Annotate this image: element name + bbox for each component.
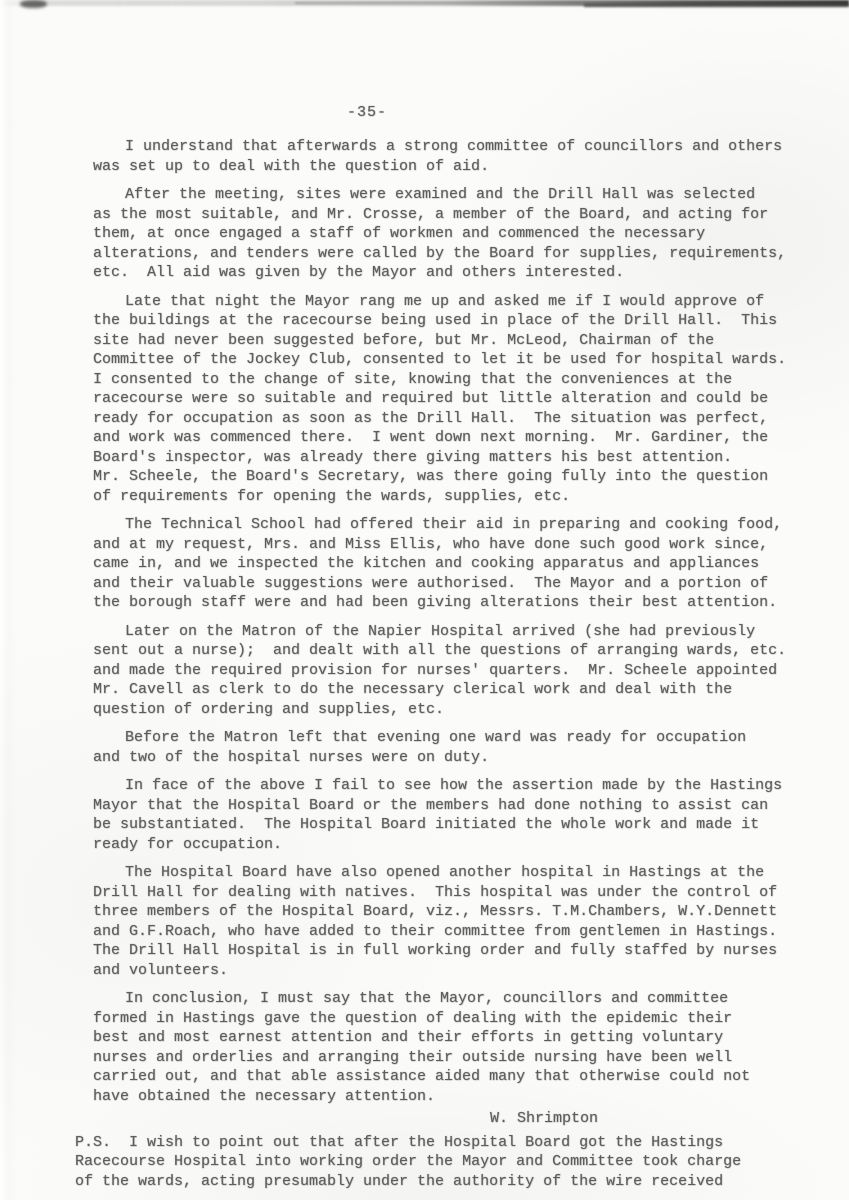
text-line: In face of the above I fail to see how t…: [93, 776, 803, 796]
text-line: and G.F.Roach, who have added to their c…: [93, 922, 803, 942]
text-line: of requirements for opening the wards, s…: [93, 487, 803, 507]
document-body: I understand that afterwards a strong co…: [93, 137, 803, 1191]
text-line: The Drill Hall Hospital is in full worki…: [93, 941, 803, 961]
paragraph: In conclusion, I must say that the Mayor…: [93, 989, 803, 1106]
text-line: nurses and orderlies and arranging their…: [93, 1048, 803, 1068]
paragraph: In face of the above I fail to see how t…: [93, 776, 803, 854]
text-line: After the meeting, sites were examined a…: [93, 185, 803, 205]
text-line: three members of the Hospital Board, viz…: [93, 902, 803, 922]
paragraph: The Technical School had offered their a…: [93, 515, 803, 613]
text-line: Racecourse Hospital into working order t…: [75, 1152, 803, 1172]
text-line: carried out, and that able assistance ai…: [93, 1067, 803, 1087]
text-line: be substantiated. The Hospital Board ini…: [93, 815, 803, 835]
paragraph: Late that night the Mayor rang me up and…: [93, 292, 803, 507]
scanned-page: -35- I understand that afterwards a stro…: [0, 0, 849, 1200]
text-line: I understand that afterwards a strong co…: [93, 137, 803, 157]
text-line: and made the required provision for nurs…: [93, 661, 803, 681]
paragraph: I understand that afterwards a strong co…: [93, 137, 803, 176]
text-line: and two of the hospital nurses were on d…: [93, 748, 803, 768]
paragraph: The Hospital Board have also opened anot…: [93, 863, 803, 980]
text-line: and their valuable suggestions were auth…: [93, 574, 803, 594]
text-line: and volunteers.: [93, 961, 803, 981]
text-line: Committee of the Jockey Club, consented …: [93, 350, 803, 370]
text-line: Mayor that the Hospital Board or the mem…: [93, 796, 803, 816]
text-line: and work was commenced there. I went dow…: [93, 428, 803, 448]
text-line: Late that night the Mayor rang me up and…: [93, 292, 803, 312]
text-line: racecourse were so suitable and required…: [93, 389, 803, 409]
text-line: the borough staff were and had been givi…: [93, 593, 803, 613]
text-line: of the wards, acting presumably under th…: [75, 1172, 803, 1192]
text-line: Board's inspector, was already there giv…: [93, 448, 803, 468]
text-line: I consented to the change of site, knowi…: [93, 370, 803, 390]
text-line: best and most earnest attention and thei…: [93, 1028, 803, 1048]
page-number: -35-: [347, 103, 803, 123]
text-line: site had never been suggested before, bu…: [93, 331, 803, 351]
text-line: The Technical School had offered their a…: [93, 515, 803, 535]
text-line: The Hospital Board have also opened anot…: [93, 863, 803, 883]
text-line: them, at once engaged a staff of workmen…: [93, 224, 803, 244]
text-line: was set up to deal with the question of …: [93, 157, 803, 177]
text-line: and at my request, Mrs. and Miss Ellis, …: [93, 535, 803, 555]
paragraph: After the meeting, sites were examined a…: [93, 185, 803, 283]
text-line: ready for occupation as soon as the Dril…: [93, 409, 803, 429]
text-line: formed in Hastings gave the question of …: [93, 1009, 803, 1029]
text-line: came in, and we inspected the kitchen an…: [93, 554, 803, 574]
paragraph: P.S. I wish to point out that after the …: [75, 1133, 803, 1192]
text-line: Later on the Matron of the Napier Hospit…: [93, 622, 803, 642]
paragraph: Later on the Matron of the Napier Hospit…: [93, 622, 803, 720]
text-line: alterations, and tenders were called by …: [93, 244, 803, 264]
text-line: W. Shrimpton: [490, 1109, 803, 1129]
paragraph: Before the Matron left that evening one …: [93, 728, 803, 767]
text-line: sent out a nurse); and dealt with all th…: [93, 641, 803, 661]
text-line: Mr. Scheele, the Board's Secretary, was …: [93, 467, 803, 487]
text-line: as the most suitable, and Mr. Crosse, a …: [93, 205, 803, 225]
text-line: In conclusion, I must say that the Mayor…: [93, 989, 803, 1009]
signature: W. Shrimpton: [490, 1109, 803, 1129]
text-line: question of ordering and supplies, etc.: [93, 700, 803, 720]
text-line: Drill Hall for dealing with natives. Thi…: [93, 883, 803, 903]
text-line: the buildings at the racecourse being us…: [93, 311, 803, 331]
text-line: etc. All aid was given by the Mayor and …: [93, 263, 803, 283]
text-line: P.S. I wish to point out that after the …: [75, 1133, 803, 1153]
page-content: -35- I understand that afterwards a stro…: [0, 0, 849, 1200]
text-line: Before the Matron left that evening one …: [93, 728, 803, 748]
text-line: have obtained the necessary attention.: [93, 1087, 803, 1107]
text-line: Mr. Cavell as clerk to do the necessary …: [93, 680, 803, 700]
text-line: ready for occupation.: [93, 835, 803, 855]
